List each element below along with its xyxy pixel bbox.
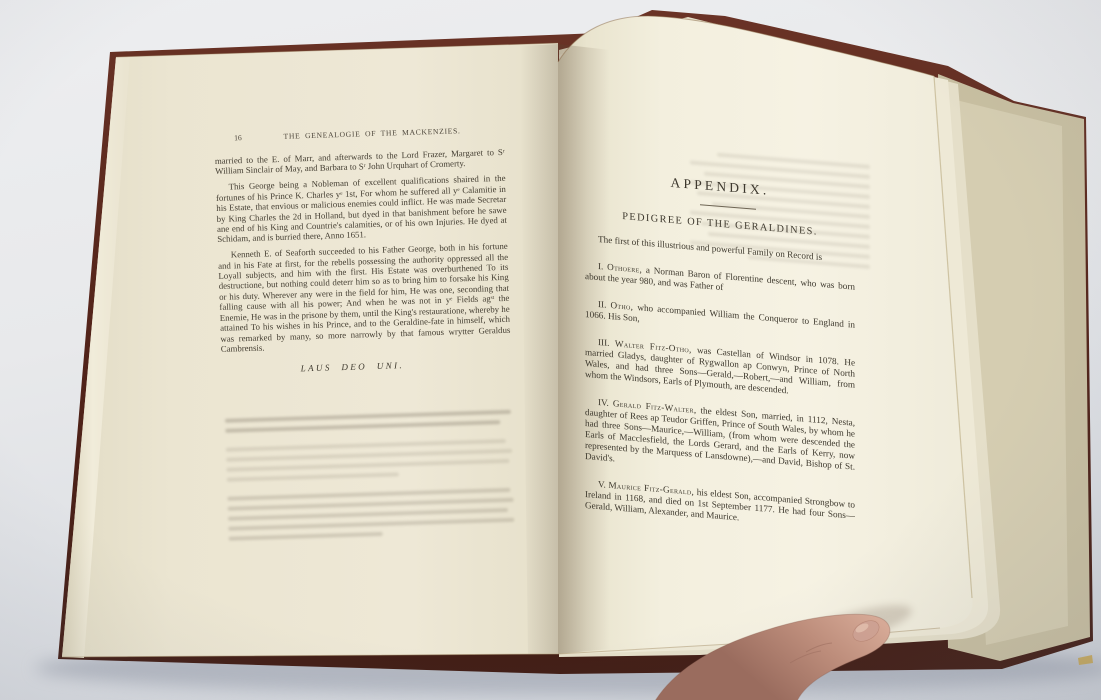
photo-background: 16 THE GENEALOGIE OF THE MACKENZIES. mar… (0, 0, 1101, 700)
hand (0, 0, 1101, 700)
thumb (655, 614, 890, 700)
